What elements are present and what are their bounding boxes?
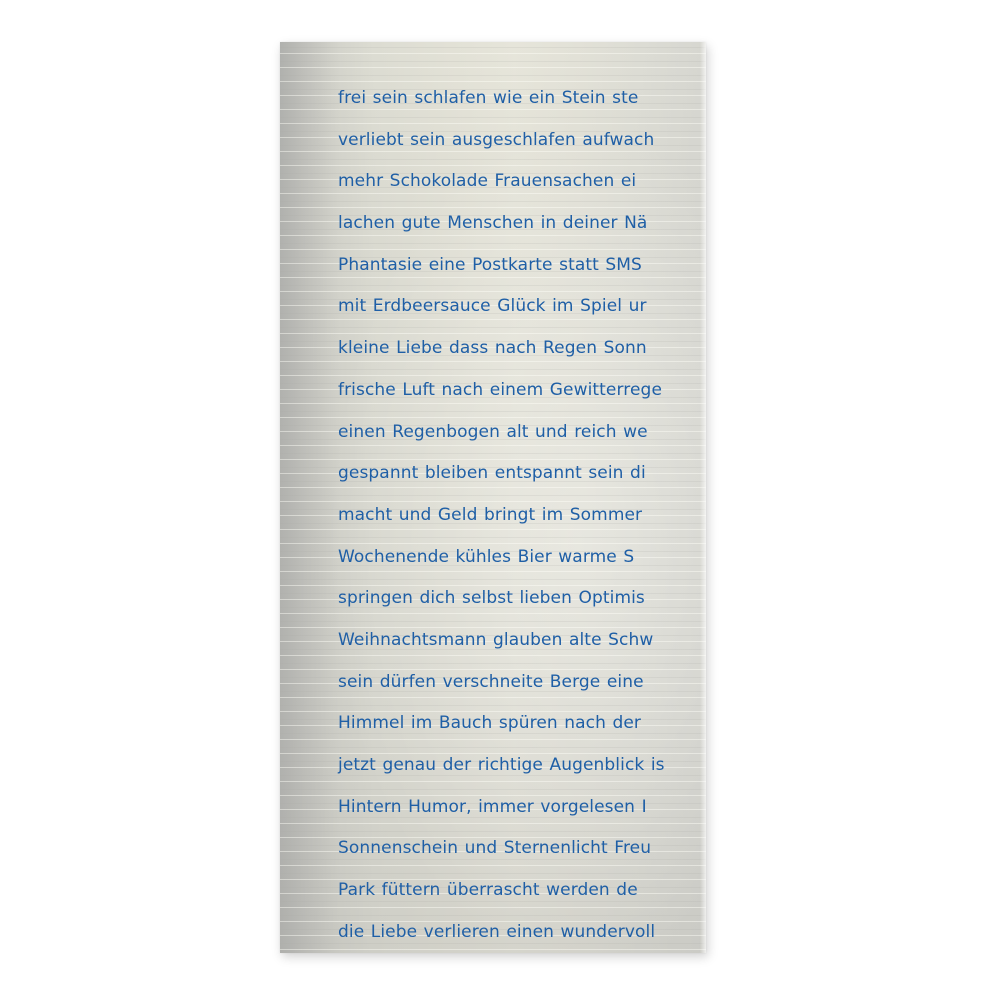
card-text-lines: frei sein schlafen wie ein Stein ste ver… xyxy=(338,86,706,953)
text-line: mit Erdbeersauce Glück im Spiel ur xyxy=(338,294,706,336)
text-line: kleine Liebe dass nach Regen Sonn xyxy=(338,336,706,378)
text-line: Himmel im Bauch spüren nach der xyxy=(338,711,706,753)
text-line: Phantasie eine Postkarte statt SMS xyxy=(338,253,706,295)
text-line: lachen gute Menschen in deiner Nä xyxy=(338,211,706,253)
text-line: frei sein schlafen wie ein Stein ste xyxy=(338,86,706,128)
text-line: gespannt bleiben entspannt sein di xyxy=(338,461,706,503)
text-line: macht und Geld bringt im Sommer xyxy=(338,503,706,545)
text-line: Weihnachtsmann glauben alte Schw xyxy=(338,628,706,670)
text-line: springen dich selbst lieben Optimis xyxy=(338,586,706,628)
text-line: einen Regenbogen alt und reich we xyxy=(338,420,706,462)
text-line: Wochenende kühles Bier warme S xyxy=(338,545,706,587)
text-line: Hintern Humor, immer vorgelesen I xyxy=(338,795,706,837)
text-line: Sonnenschein und Sternenlicht Freu xyxy=(338,836,706,878)
text-line: sein dürfen verschneite Berge eine xyxy=(338,670,706,712)
text-line: frische Luft nach einem Gewitterrege xyxy=(338,378,706,420)
text-line: jetzt genau der richtige Augenblick is xyxy=(338,753,706,795)
text-line: die Liebe verlieren einen wundervoll xyxy=(338,920,706,953)
text-line: Park füttern überrascht werden de xyxy=(338,878,706,920)
greeting-card: frei sein schlafen wie ein Stein ste ver… xyxy=(280,42,706,953)
text-line: mehr Schokolade Frauensachen ei xyxy=(338,169,706,211)
text-line: verliebt sein ausgeschlafen aufwach xyxy=(338,128,706,170)
